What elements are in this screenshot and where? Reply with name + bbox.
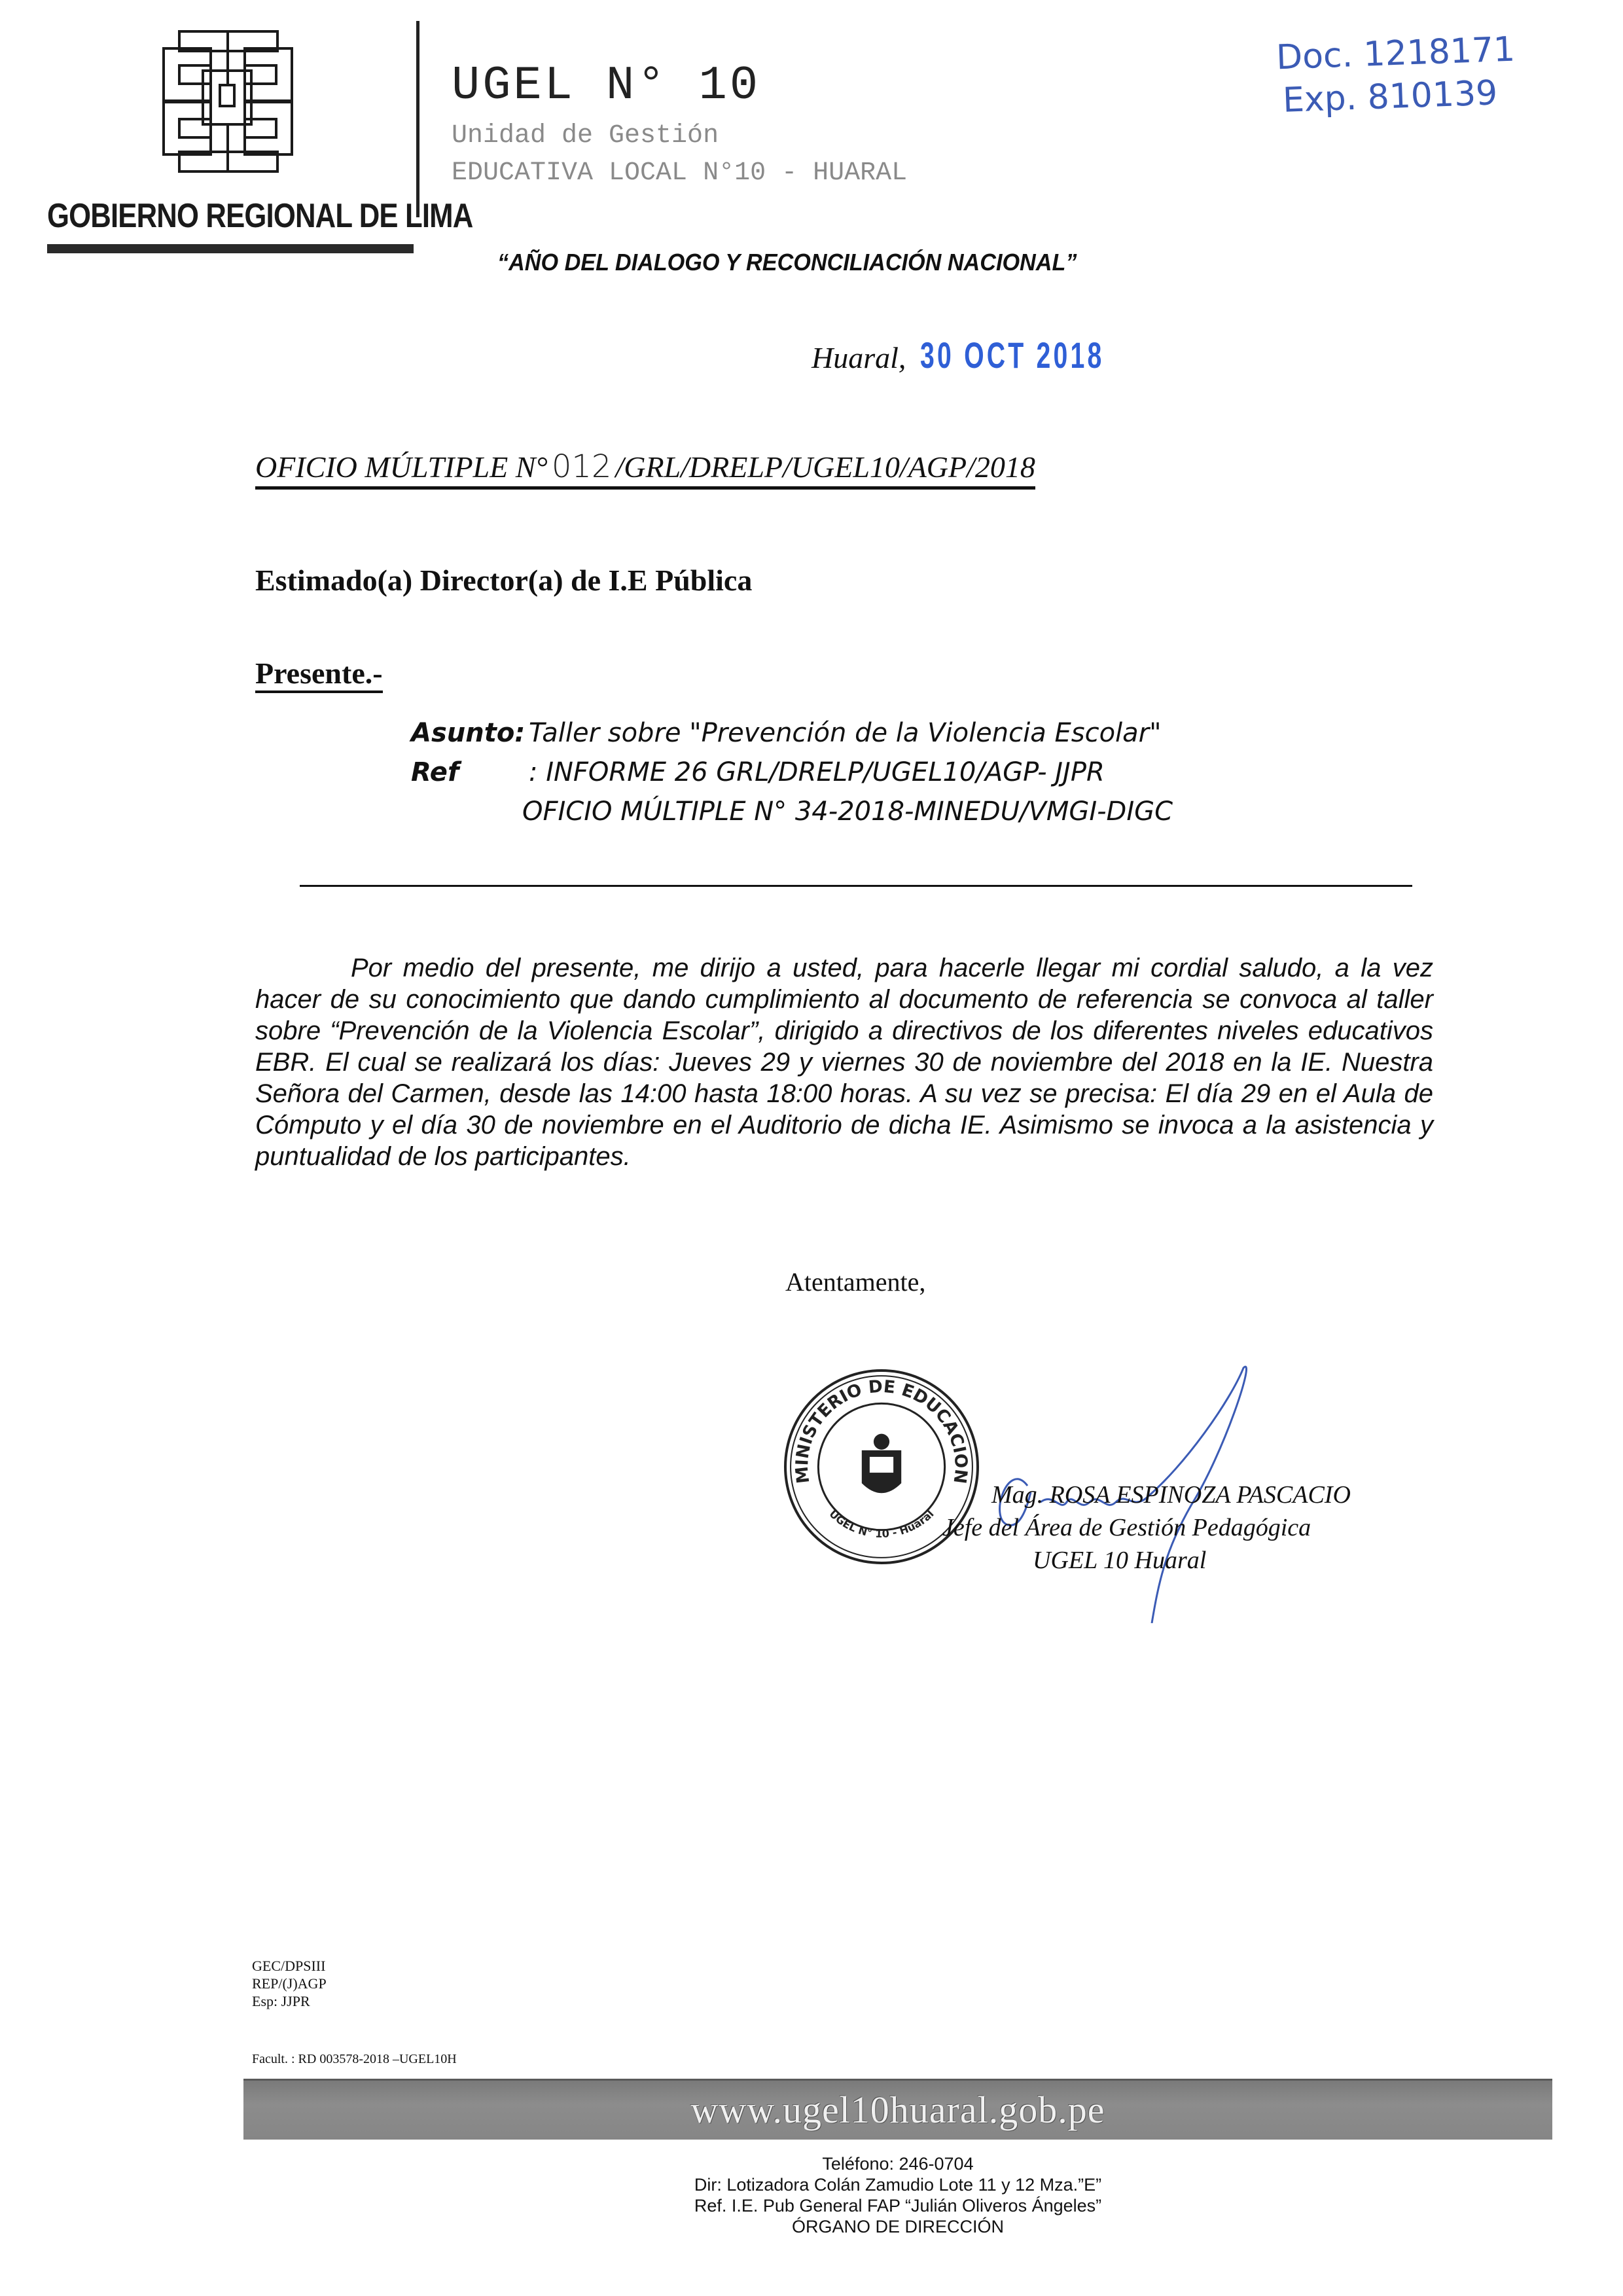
initials-line: REP/(J)AGP [252,1975,327,1992]
ref-line-2: OFICIO MÚLTIPLE N° 34-2018-MINEDU/VMGI-D… [522,792,1173,831]
closing: Atentamente, [785,1266,925,1297]
oficio-prefix: OFICIO MÚLTIPLE N° [255,450,548,484]
ref-row-2: OFICIO MÚLTIPLE N° 34-2018-MINEDU/VMGI-D… [411,792,1173,831]
handwritten-doc-number: Doc. 1218171 [1275,30,1516,78]
ref-label: Ref [411,753,529,792]
oficio-suffix: /GRL/DRELP/UGEL10/AGP/2018 [615,450,1035,484]
region-underline [47,244,414,253]
region-name: GOBIERNO REGIONAL DE LIMA [47,196,355,236]
oficio-number-line: OFICIO MÚLTIPLE N°012/GRL/DRELP/UGEL10/A… [255,448,1035,490]
regional-government-logo-icon [162,27,298,175]
asunto-text: Taller sobre "Prevención de la Violencia… [529,713,1162,753]
greeting: Estimado(a) Director(a) de I.E Pública [255,563,752,598]
separator-line [300,885,1412,887]
body-paragraph: Por medio del presente, me dirijo a uste… [255,952,1433,1172]
initials-line: Esp: JJPR [252,1992,327,2010]
ugel-title: UGEL N° 10 [452,59,760,113]
phone: Teléfono: 246-0704 [243,2153,1552,2174]
contact-block: Teléfono: 246-0704 Dir: Lotizadora Colán… [243,2153,1552,2237]
header-divider [416,21,419,217]
signatory-name: Mag. ROSA ESPINOZA PASCACIO [991,1480,1351,1509]
svg-text:UGEL N° 10 - Huaral: UGEL N° 10 - Huaral [827,1507,936,1540]
date-line: Huaral, 30 OCT 2018 [811,334,1184,376]
ugel-subtitle-1: Unidad de Gestión [452,121,719,151]
website-link[interactable]: www.ugel10huaral.gob.pe [243,2081,1552,2140]
reference-initials: GEC/DPSIII REP/(J)AGP Esp: JJPR [252,1957,327,2010]
subject-block: Asunto: Taller sobre "Prevención de la V… [411,713,1173,831]
date-stamp: 30 OCT 2018 [920,334,1105,376]
initials-line: GEC/DPSIII [252,1957,327,1975]
signatory-org: UGEL 10 Huaral [1033,1546,1206,1575]
year-motto: “AÑO DEL DIALOGO Y RECONCILIACIÓN NACION… [497,249,1077,276]
handwritten-exp-number: Exp. 810139 [1282,73,1498,120]
asunto-label: Asunto: [411,713,529,753]
organ-label: ÓRGANO DE DIRECCIÓN [243,2216,1552,2237]
address-reference: Ref. I.E. Pub General FAP “Julián Oliver… [243,2195,1552,2216]
signatory-role: Jefe del Área de Gestión Pedagógica [942,1513,1311,1542]
website-band: www.ugel10huaral.gob.pe [243,2079,1552,2140]
date-place: Huaral, [811,341,906,374]
ref-row: Ref : INFORME 26 GRL/DRELP/UGEL10/AGP- J… [411,753,1173,792]
facult-reference: Facult. : RD 003578-2018 –UGEL10H [252,2052,457,2067]
address: Dir: Lotizadora Colán Zamudio Lote 11 y … [243,2174,1552,2195]
asunto-row: Asunto: Taller sobre "Prevención de la V… [411,713,1173,753]
oficio-number: 012 [552,448,612,485]
presente-label: Presente.- [255,656,383,693]
ugel-subtitle-2: EDUCATIVA LOCAL N°10 - HUARAL [452,158,907,188]
ref-line-1: : INFORME 26 GRL/DRELP/UGEL10/AGP- JJPR [529,753,1105,792]
